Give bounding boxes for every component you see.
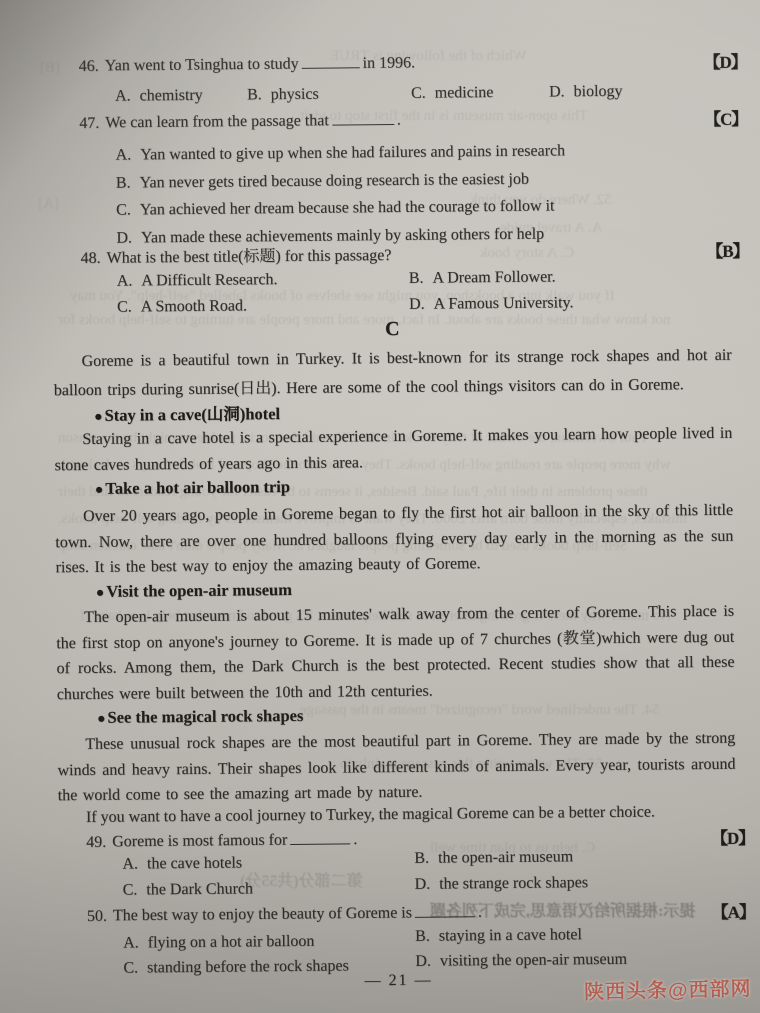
option-label: B.: [415, 928, 430, 945]
question-text: .: [397, 112, 401, 129]
option-text: the open-air museum: [438, 848, 573, 866]
option-text: the Dark Church: [146, 880, 253, 898]
answer-key-badge: 【D】: [703, 48, 747, 73]
option-label: B.: [116, 174, 131, 191]
option-text: A Smooth Road.: [141, 297, 247, 315]
answer-key-badge: 【D】: [711, 824, 755, 849]
passage-bullet-heading: ●Stay in a cave(山洞)hotel: [94, 400, 280, 426]
question-number: 49.: [86, 833, 106, 850]
question-number: 47.: [79, 114, 99, 131]
bullet-icon: ●: [97, 712, 106, 727]
option-b: B.physics: [247, 85, 407, 105]
passage-paragraph: Over 20 years ago, people in Goreme bega…: [55, 498, 734, 581]
bullet-heading-text: Take a hot air balloon trip: [105, 477, 290, 498]
passage-paragraph: These unusual rock shapes are the most b…: [57, 726, 736, 809]
option-label: A.: [116, 147, 132, 164]
question-47-stem: 47.We can learn from the passage that. 【…: [51, 106, 757, 132]
answer-key-badge: 【C】: [704, 105, 748, 130]
question-46-options: A.chemistry B.physics C.medicine D.biolo…: [51, 81, 760, 106]
option-text: Yan achieved her dream because she had t…: [140, 197, 555, 218]
passage-bullet-heading: ●See the magical rock shapes: [97, 706, 304, 728]
news-watermark: 陕西头条@西部网: [584, 972, 752, 1005]
option-d: D.biology: [549, 83, 623, 102]
option-text: chemistry: [140, 87, 203, 105]
bullet-icon: ●: [96, 586, 105, 601]
option-label: D.: [415, 953, 431, 970]
option-label: D.: [415, 876, 431, 893]
question-46-stem: 46.Yan went to Tsinghua to studyin 1996.…: [51, 49, 757, 75]
option-text: biology: [574, 83, 623, 100]
question-text: .: [478, 904, 482, 921]
option-label: B.: [247, 86, 262, 103]
passage-paragraph: Staying in a cave hotel is a special exp…: [54, 421, 732, 480]
option-text: Yan wanted to give up when she had failu…: [140, 142, 565, 163]
question-text: We can learn from the passage that: [105, 112, 329, 131]
question-number: 48.: [81, 250, 101, 267]
option-b: B.the open-air museum: [414, 848, 573, 868]
question-text: Goreme is most famous for: [112, 832, 287, 851]
option-label: C.: [116, 202, 131, 219]
answer-blank: [332, 110, 394, 125]
option-text: visiting the open-air museum: [440, 951, 627, 970]
answer-key-badge: 【B】: [706, 237, 749, 262]
bullet-heading-text: See the magical rock shapes: [107, 706, 303, 727]
option-text: flying on a hot air balloon: [148, 933, 315, 952]
photo-background: Which of the following is TRUE This open…: [0, 0, 760, 1013]
question-text: The best way to enjoy the beauty of Gore…: [113, 904, 412, 924]
option-text: Yan never gets tired because doing resea…: [139, 170, 529, 191]
passage-paragraph: The open-air museum is about 15 minutes'…: [56, 599, 735, 708]
answer-blank: [290, 829, 350, 844]
bullet-heading-text: Visit the open-air museum: [106, 580, 292, 601]
option-text: A Difficult Research.: [141, 271, 277, 289]
option-c: C.the Dark Church: [123, 880, 253, 899]
answer-blank: [415, 902, 475, 917]
passage-intro: Goreme is a beautiful town in Turkey. It…: [53, 341, 732, 406]
question-49-options: A.the cave hotels B.the open-air museum …: [58, 850, 736, 909]
option-text: physics: [271, 86, 319, 103]
option-c: C.medicine: [411, 84, 545, 103]
option-text: medicine: [435, 84, 494, 102]
option-label: C.: [117, 299, 132, 316]
option-label: A.: [123, 934, 139, 951]
option-text: staying in a cave hotel: [439, 926, 582, 944]
option-c: C.A Smooth Road.: [117, 297, 247, 316]
option-label: C.: [411, 85, 426, 102]
question-text: What is the best title(标题) for this pass…: [107, 247, 392, 267]
option-label: B.: [414, 850, 429, 867]
option-a: A.chemistry: [115, 86, 243, 105]
option-label: D.: [409, 296, 425, 313]
bullet-heading-text: Stay in a cave(山洞)hotel: [104, 404, 280, 425]
option-d: D.the strange rock shapes: [415, 874, 589, 894]
option-text: A Dream Follower.: [432, 268, 555, 286]
option-text: A Famous University.: [434, 294, 574, 312]
bullet-icon: ●: [95, 483, 104, 498]
option-b: B.A Dream Follower.: [409, 268, 556, 287]
option-label: A.: [115, 88, 131, 105]
question-text: .: [353, 831, 357, 848]
question-number: 46.: [79, 57, 99, 74]
question-text: in 1996.: [363, 54, 416, 72]
bullet-icon: ●: [94, 410, 103, 425]
option-a: A.the cave hotels: [122, 854, 242, 873]
question-47-options: A.Yan wanted to give up when she had fai…: [51, 136, 730, 253]
passage-bullet-heading: ●Visit the open-air museum: [96, 580, 292, 602]
option-a: A.A Difficult Research.: [117, 271, 278, 291]
option-label: C.: [123, 881, 138, 898]
option-label: A.: [122, 855, 138, 872]
answer-blank: [302, 53, 360, 68]
option-label: A.: [117, 273, 133, 290]
option-b: B.staying in a cave hotel: [415, 922, 582, 949]
question-number: 50.: [87, 907, 107, 924]
option-label: B.: [409, 270, 424, 287]
exam-page: 46.Yan went to Tsinghua to studyin 1996.…: [50, 0, 738, 1013]
option-text: the cave hotels: [147, 854, 242, 872]
passage-bullet-heading: ●Take a hot air balloon trip: [95, 477, 290, 499]
option-label: D.: [549, 83, 565, 100]
option-a: A.flying on a hot air balloon: [123, 929, 314, 956]
option-text: the strange rock shapes: [439, 874, 588, 892]
option-d: D.A Famous University.: [409, 294, 574, 314]
answer-key-badge: 【A】: [711, 898, 755, 923]
question-text: Yan went to Tsinghua to study: [105, 55, 299, 74]
